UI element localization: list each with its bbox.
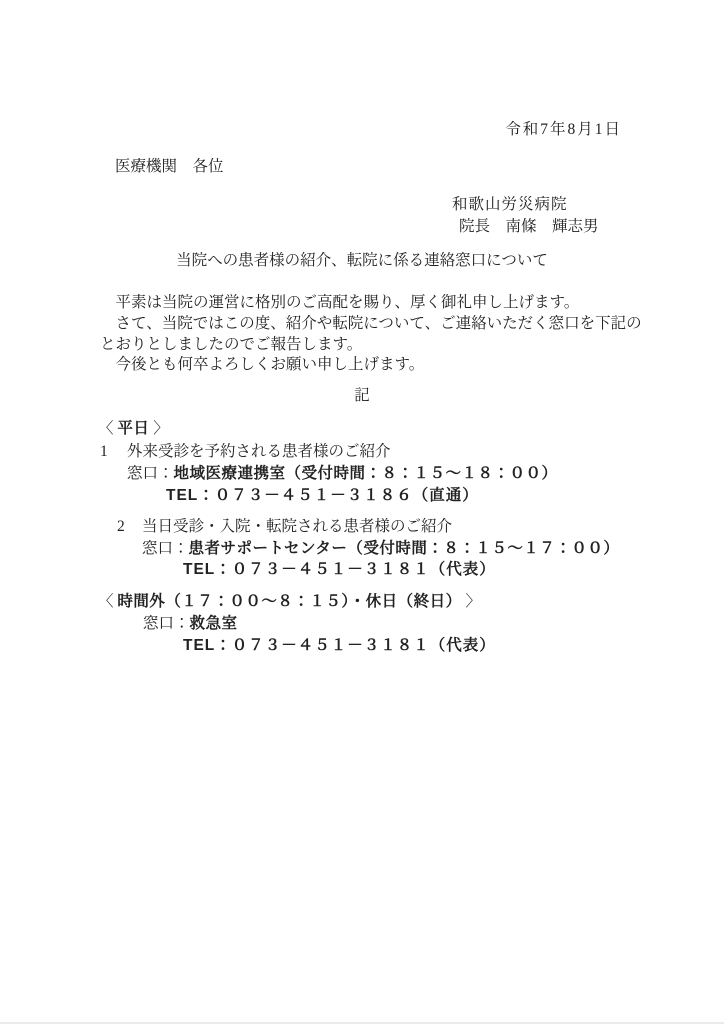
item-number: 2 <box>117 518 142 536</box>
section-heading-weekday: 〈 平日 〉 <box>98 420 169 438</box>
document-page: 令和7年8月1日 医療機関 各位 和歌山労災病院 院長 南條 輝志男 当院への患… <box>0 0 724 1024</box>
heading-bracket-open: 〈 <box>98 420 117 437</box>
heading-bracket-close: 〉 <box>462 593 481 610</box>
list-item-2: 2当日受診・入院・転院される患者様のご紹介 <box>117 518 452 536</box>
tel-line-1: TEL：０７３－４５１－３１８６（直通） <box>166 487 479 505</box>
item-number: 1 <box>100 443 127 461</box>
heading-label: 時間外（１７：００～８：１５）・休日（終日） <box>117 593 461 610</box>
tel-line-3: TEL：０７３－４５１－３１８１（代表） <box>183 637 496 655</box>
sender-name: 院長 南條 輝志男 <box>459 218 599 236</box>
heading-bracket-close: 〉 <box>149 420 168 437</box>
window-value: 地域医療連携室（受付時間：８：１５～１８：００） <box>174 465 558 482</box>
body-paragraph-line-2: さて、当院ではこの度、紹介や転院について、ご連絡いただく窓口を下記の <box>100 315 642 333</box>
contact-window-line-1: 窓口：地域医療連携室（受付時間：８：１５～１８：００） <box>127 465 558 483</box>
window-label: 窓口： <box>143 615 190 632</box>
body-paragraph-line-4: 今後とも何卒よろしくお願い申し上げます。 <box>100 356 424 374</box>
sender-organization: 和歌山労災病院 <box>452 196 568 214</box>
tel-line-2: TEL：０７３－４５１－３１８１（代表） <box>183 561 496 579</box>
recipient-line: 医療機関 各位 <box>115 158 224 176</box>
record-marker: 記 <box>0 387 724 405</box>
body-paragraph-line-1: 平素は当院の運営に格別のご高配を賜り、厚く御礼申し上げます。 <box>100 294 579 312</box>
item-text: 外来受診を予約される患者様のご紹介 <box>127 443 391 460</box>
window-value: 救急室 <box>190 615 238 632</box>
window-label: 窓口： <box>142 540 189 557</box>
contact-window-line-3: 窓口：救急室 <box>143 615 238 633</box>
list-item-1: 1外来受診を予約される患者様のご紹介 <box>100 443 391 461</box>
body-paragraph-line-3: とおりとしましたのでご報告します。 <box>100 336 362 354</box>
contact-window-line-2: 窓口：患者サポートセンター（受付時間：８：１５～１７：００） <box>142 540 619 558</box>
section-heading-after-hours: 〈 時間外（１７：００～８：１５）・休日（終日） 〉 <box>98 593 481 611</box>
heading-bracket-open: 〈 <box>98 593 117 610</box>
window-value: 患者サポートセンター（受付時間：８：１５～１７：００） <box>189 540 620 557</box>
window-label: 窓口： <box>127 465 174 482</box>
heading-label: 平日 <box>117 420 149 437</box>
document-title: 当院への患者様の紹介、転院に係る連絡窓口について <box>0 252 724 270</box>
date-line: 令和7年8月1日 <box>505 121 622 139</box>
item-text: 当日受診・入院・転院される患者様のご紹介 <box>142 518 452 535</box>
